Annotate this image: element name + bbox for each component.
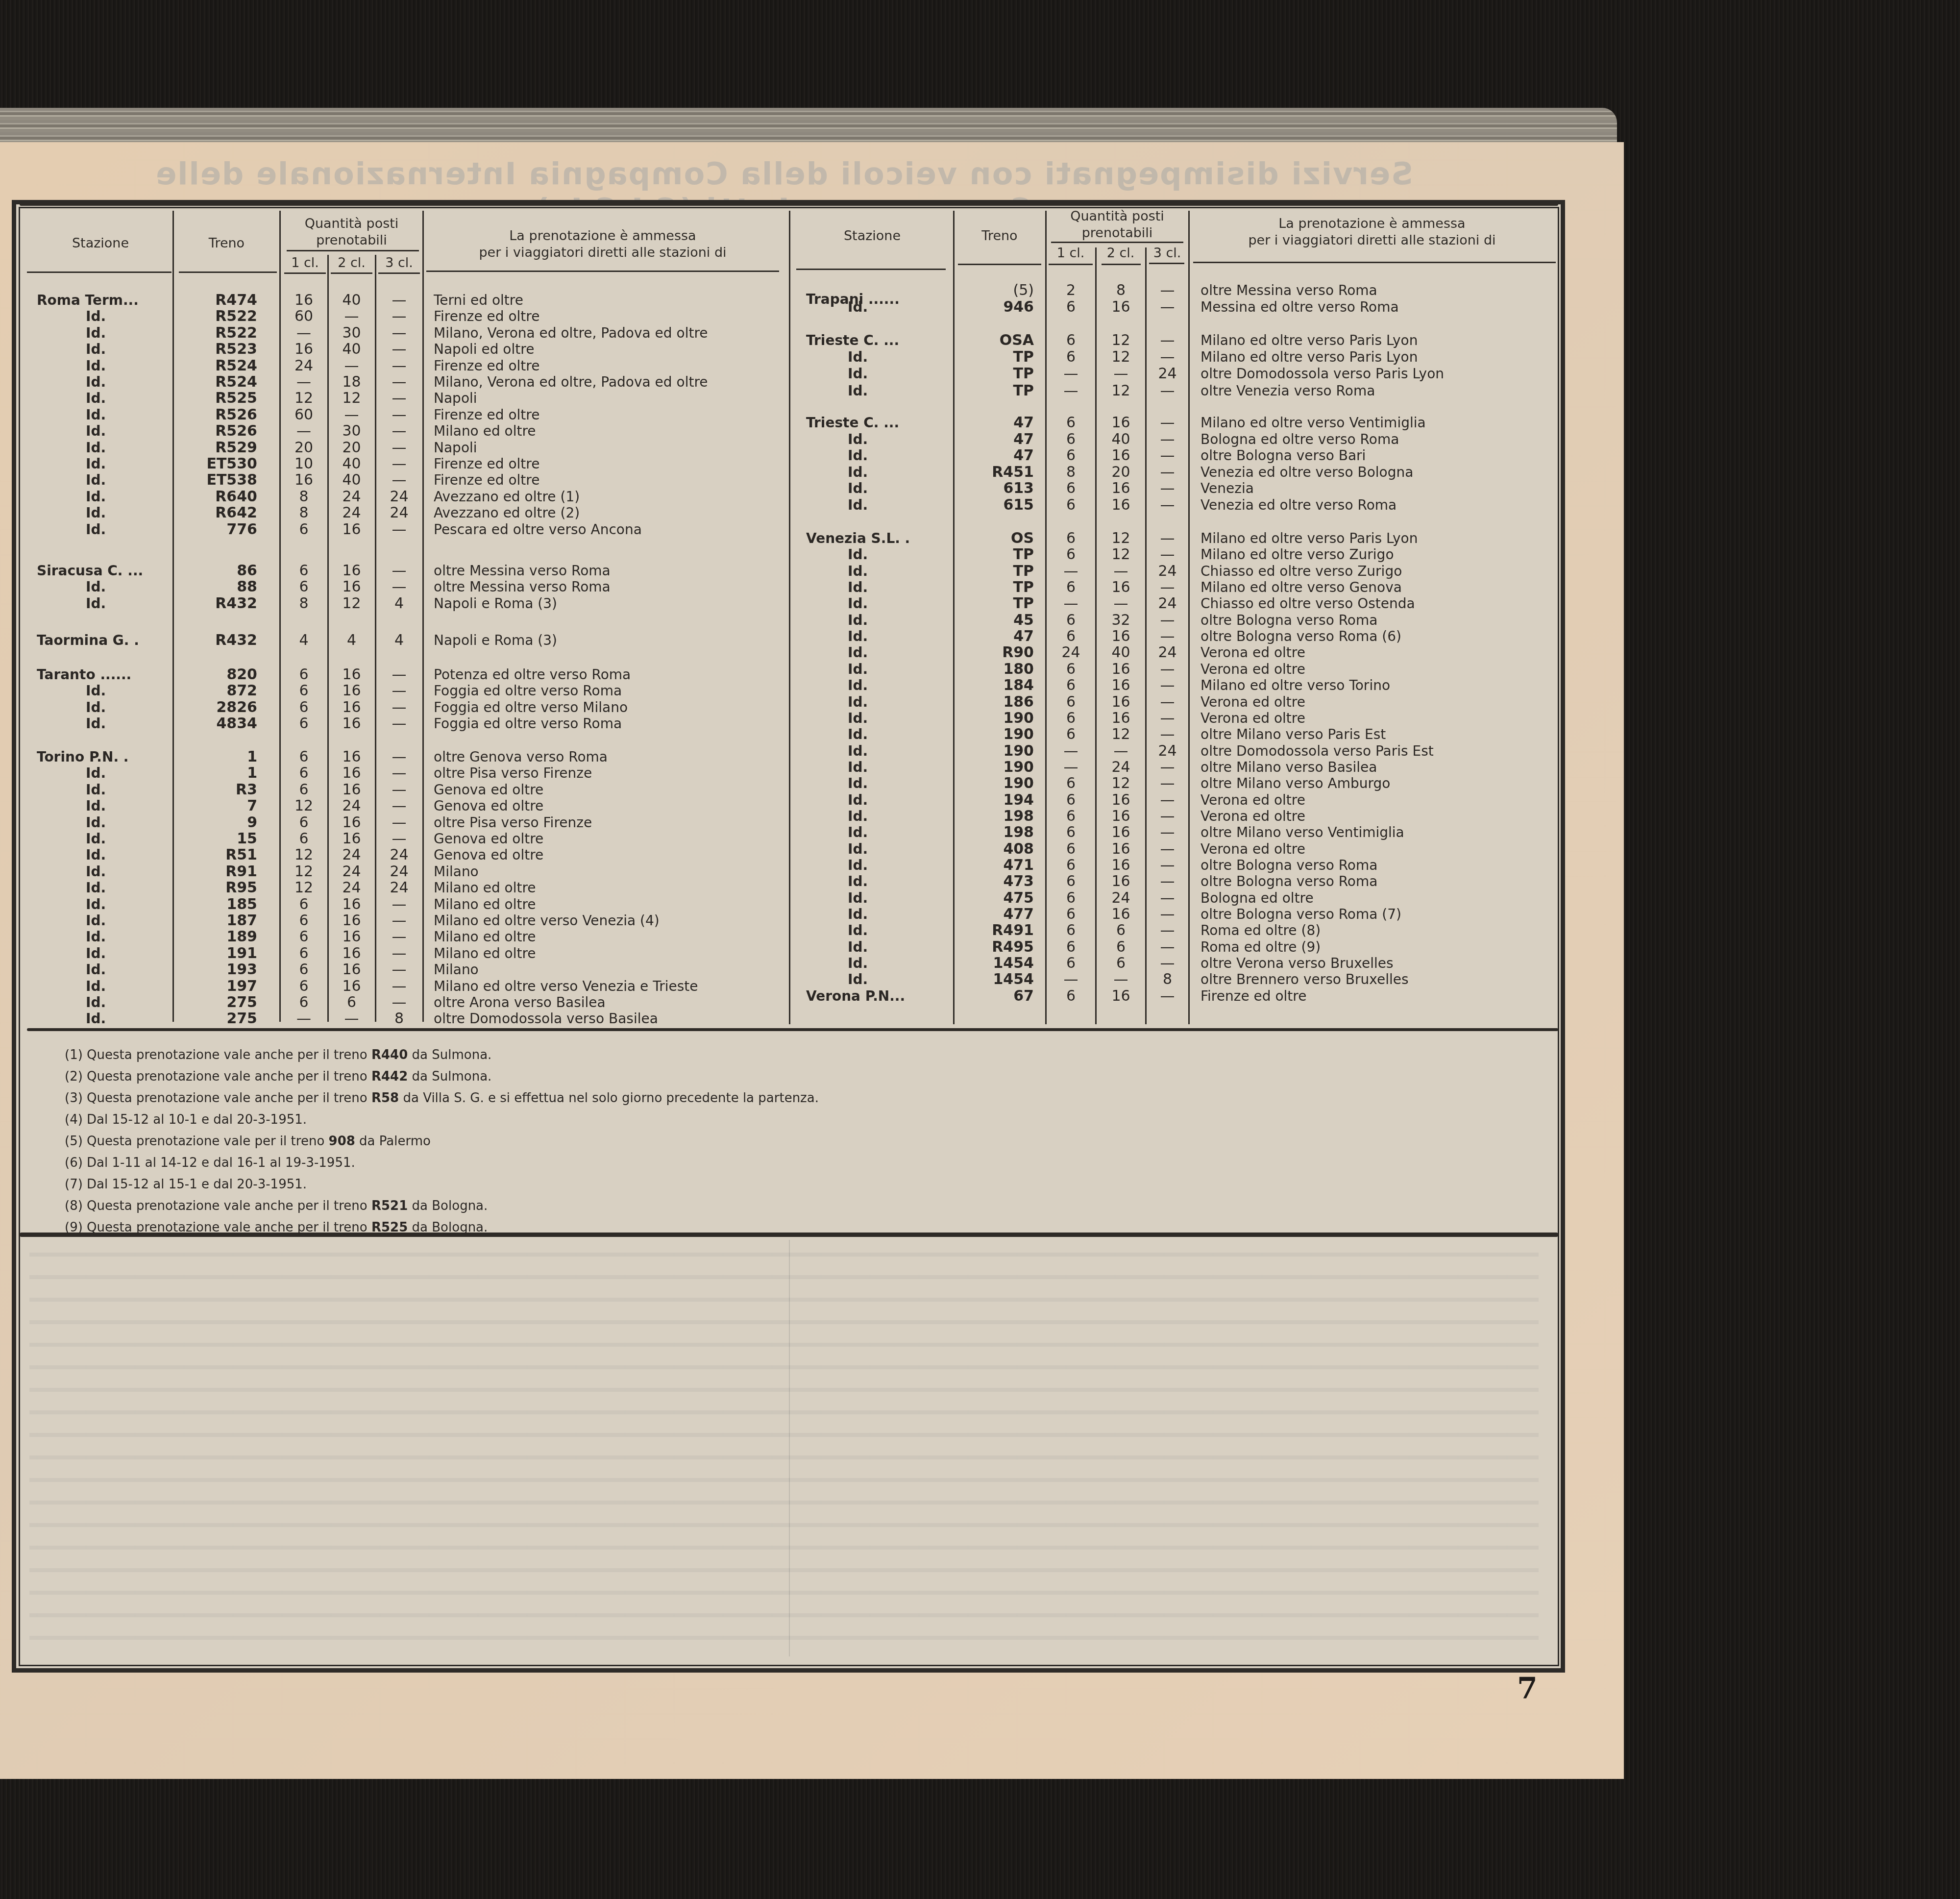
rule (1051, 242, 1183, 243)
table-row: Id.45632—oltre Bologna verso Roma (0, 612, 1568, 629)
destination-cell: oltre Domodossola verso Paris Lyon (1200, 366, 1444, 382)
treno-cell: OSA (960, 332, 1034, 349)
destination-cell: oltre Domodossola verso Paris Est (1200, 743, 1434, 760)
header-prenotazione-line1: La prenotazione è ammessa (1191, 216, 1553, 232)
treno-cell: R495 (960, 939, 1034, 956)
cl3-cell: — (1147, 530, 1188, 547)
table-row: Id.TP616—Milano ed oltre verso Genova (0, 579, 1568, 596)
bleed-through-lower-text (29, 1240, 1539, 1656)
cl2-cell: 16 (1097, 873, 1145, 890)
cl1-cell: 6 (1047, 955, 1095, 972)
table-row: Id.275——8oltre Domodossola verso Basilea (0, 1011, 784, 1027)
header-prenotazione: La prenotazione è ammessa per i viaggiat… (426, 228, 779, 261)
footnote-text-end: da Villa S. G. e si effettua nel solo gi… (399, 1091, 819, 1106)
rule (1102, 264, 1141, 265)
destination-cell: Verona ed oltre (1200, 792, 1305, 809)
cl1-cell: 6 (1047, 873, 1095, 890)
stazione-cell: Verona P.N... (806, 988, 948, 1005)
cl1-cell: — (1047, 759, 1095, 776)
bleed-through-divider (789, 1240, 790, 1656)
cl2-cell: 12 (1097, 530, 1145, 547)
treno-cell: 471 (960, 857, 1034, 874)
destination-cell: Verona ed oltre (1200, 644, 1305, 661)
treno-cell: 194 (960, 792, 1034, 809)
cl2-cell: — (1097, 971, 1145, 988)
footnote-text: (3) Questa prenotazione vale anche per i… (65, 1091, 371, 1106)
cl1-cell: 6 (1047, 332, 1095, 349)
footnote-text-end: da Bologna. (408, 1199, 488, 1213)
cl3-cell: — (1147, 464, 1188, 481)
cl2-cell: 16 (1097, 710, 1145, 727)
footnote-text: (9) Questa prenotazione vale anche per i… (65, 1220, 371, 1235)
cl2-cell: — (1097, 743, 1145, 760)
destination-cell: oltre Domodossola verso Basilea (434, 1011, 658, 1027)
destination-cell: oltre Bologna verso Roma (1200, 612, 1377, 629)
cl3-cell: — (1147, 873, 1188, 890)
destination-cell: Milano ed oltre verso Torino (1200, 677, 1390, 694)
footnote-train-number: R440 (371, 1048, 408, 1062)
cl1-cell: 6 (1047, 612, 1095, 629)
cl2-cell: 24 (1097, 890, 1145, 907)
treno-cell: 615 (960, 497, 1034, 514)
destination-cell: Bologna ed oltre verso Roma (1200, 431, 1399, 448)
cl1-cell: — (1047, 971, 1095, 988)
cl3-cell: — (1147, 955, 1188, 972)
cl1-cell: 6 (1047, 497, 1095, 514)
cl1-cell: 8 (1047, 464, 1095, 481)
cl3-cell: — (1147, 759, 1188, 776)
destination-cell: Milano ed oltre verso Ventimiglia (1200, 415, 1426, 431)
header-quantita-right: Quantità posti prenotabili (1046, 208, 1188, 242)
treno-cell: R491 (960, 922, 1034, 939)
footnote-text: (2) Questa prenotazione vale anche per i… (65, 1069, 371, 1084)
cl1-cell: 6 (1047, 857, 1095, 874)
cl2-cell: 16 (1097, 857, 1145, 874)
treno-cell: 1454 (960, 955, 1034, 972)
table-row: Id.47616—oltre Bologna verso Bari (0, 447, 1568, 464)
cl1-cell: 6 (1047, 775, 1095, 792)
table-row: Id.47616—oltre Bologna verso Roma (6) (0, 628, 1568, 645)
stazione-cell: Trieste C. ... (806, 415, 948, 431)
cl2-cell: — (328, 1011, 375, 1027)
footnote: (3) Questa prenotazione vale anche per i… (65, 1090, 819, 1107)
treno-cell: 190 (960, 759, 1034, 776)
cl2-cell: 12 (1097, 775, 1145, 792)
treno-cell: TP (960, 546, 1034, 563)
table-row: Id.190612—oltre Milano verso Paris Est (0, 726, 1568, 743)
table-row: Id.184616—Milano ed oltre verso Torino (0, 677, 1568, 694)
rule (958, 264, 1041, 265)
header-cl3: 3 cl. (376, 255, 422, 271)
destination-cell: Chiasso ed oltre verso Zurigo (1200, 563, 1402, 580)
cl2-cell: 16 (1097, 299, 1145, 316)
cl1-cell: 6 (1047, 694, 1095, 711)
destination-cell: Milano ed oltre verso Zurigo (1200, 546, 1394, 563)
cl3-cell: — (1147, 332, 1188, 349)
cl1-cell: 6 (1047, 349, 1095, 366)
cl3-cell: — (1147, 841, 1188, 858)
destination-cell: Roma ed oltre (8) (1200, 922, 1321, 939)
destination-cell: Milano ed oltre verso Paris Lyon (1200, 349, 1418, 366)
treno-cell: 180 (960, 661, 1034, 678)
footnote-train-number: R521 (371, 1199, 408, 1213)
destination-cell: oltre Verona verso Bruxelles (1200, 955, 1394, 972)
cl2-cell: 12 (1097, 383, 1145, 399)
cl3-cell: — (1147, 612, 1188, 629)
cl2-cell: 12 (1097, 349, 1145, 366)
treno-cell: 47 (960, 447, 1034, 464)
table-row: Id.190616—Verona ed oltre (0, 710, 1568, 727)
cl2-cell: 16 (1097, 824, 1145, 841)
cl2-cell: 16 (1097, 792, 1145, 809)
header-cl3-right: 3 cl. (1146, 245, 1188, 262)
table-row: Id.145466—oltre Verona verso Bruxelles (0, 955, 1568, 972)
table-row: Id.R451820—Venezia ed oltre verso Bologn… (0, 464, 1568, 481)
destination-cell: Roma ed oltre (9) (1200, 939, 1321, 956)
cl3-cell: — (1147, 824, 1188, 841)
treno-cell: TP (960, 579, 1034, 596)
cl3-cell: — (1147, 988, 1188, 1005)
cl3-cell: 24 (1147, 743, 1188, 760)
destination-cell: Milano ed oltre verso Paris Lyon (1200, 530, 1418, 547)
treno-cell: 1454 (960, 971, 1034, 988)
cl1-cell: 6 (1047, 824, 1095, 841)
table-row: Id.613616—Venezia (0, 480, 1568, 497)
footnote-text-end: da Palermo (355, 1134, 431, 1149)
rule (378, 272, 420, 274)
header-cl1-right: 1 cl. (1046, 245, 1095, 262)
cl3-cell: — (1147, 710, 1188, 727)
cl2-cell: 24 (1097, 759, 1145, 776)
cl1-cell: 6 (1047, 906, 1095, 923)
table-row: Id.R90244024Verona ed oltre (0, 644, 1568, 661)
header-cl2: 2 cl. (328, 255, 375, 271)
treno-cell: TP (960, 595, 1034, 612)
table-row: Id.TP612—Milano ed oltre verso Zurigo (0, 546, 1568, 563)
cl1-cell: — (1047, 563, 1095, 580)
cl1-cell: 6 (1047, 841, 1095, 858)
treno-cell: 47 (960, 431, 1034, 448)
cl1-cell: 6 (1047, 939, 1095, 956)
treno-cell: TP (960, 366, 1034, 382)
destination-cell: Chiasso ed oltre verso Ostenda (1200, 595, 1415, 612)
rule (331, 272, 372, 274)
cl1-cell: 6 (1047, 726, 1095, 743)
rule (1193, 262, 1556, 263)
rule (179, 271, 277, 273)
header-prenotazione-line1: La prenotazione è ammessa (426, 228, 779, 245)
cl3-cell: 8 (376, 1011, 422, 1027)
cl2-cell: — (1097, 366, 1145, 382)
top-rule (20, 203, 1558, 206)
destination-cell: Messina ed oltre verso Roma (1200, 299, 1399, 316)
cl2-cell: 16 (1097, 841, 1145, 858)
header-quantita-line2: prenotabili (1046, 225, 1188, 242)
cl2-cell: 20 (1097, 464, 1145, 481)
table-row: Id.198616—oltre Milano verso Ventimiglia (0, 824, 1568, 841)
cl3-cell: — (1147, 480, 1188, 497)
cl3-cell: — (1147, 349, 1188, 366)
cl2-cell: 6 (1097, 922, 1145, 939)
cl1-cell: 6 (1047, 299, 1095, 316)
cl2-cell: 16 (1097, 661, 1145, 678)
page-number: 7 (1517, 1671, 1538, 1705)
treno-cell: R451 (960, 464, 1034, 481)
cl1-cell: 6 (1047, 808, 1095, 825)
treno-cell: 475 (960, 890, 1034, 907)
table-row: Id.180616—Verona ed oltre (0, 661, 1568, 678)
header-prenotazione-line2: per i viaggiatori diretti alle stazioni … (1191, 232, 1553, 249)
stazione-cell: Venezia S.L. . (806, 530, 948, 547)
cl2-cell: 12 (1097, 546, 1145, 563)
cl2-cell: 6 (1097, 939, 1145, 956)
table-row: Trieste C. ...47616—Milano ed oltre vers… (0, 415, 1568, 431)
table-row: Id.946616—Messina ed oltre verso Roma (0, 299, 1568, 316)
destination-cell: Verona ed oltre (1200, 841, 1305, 858)
footnote: (2) Questa prenotazione vale anche per i… (65, 1068, 491, 1085)
header-quantita-line1: Quantità posti (282, 216, 421, 232)
cl2-cell: 12 (1097, 332, 1145, 349)
table-row: Id.471616—oltre Bologna verso Roma (0, 857, 1568, 874)
cl3-cell: — (1147, 546, 1188, 563)
cl1-cell: 6 (1047, 890, 1095, 907)
header-treno: Treno (176, 235, 277, 252)
header-treno-right: Treno (955, 228, 1044, 245)
table-row: Id.R49566—Roma ed oltre (9) (0, 939, 1568, 956)
destination-cell: Milano ed oltre verso Paris Lyon (1200, 332, 1418, 349)
cl3-cell: — (1147, 792, 1188, 809)
rule (1049, 264, 1093, 265)
cl1-cell: 6 (1047, 447, 1095, 464)
footnote: (4) Dal 15-12 al 10-1 e dal 20-3-1951. (65, 1111, 307, 1128)
treno-cell: 198 (960, 824, 1034, 841)
table-row: Id.47640—Bologna ed oltre verso Roma (0, 431, 1568, 448)
destination-cell: Milano ed oltre verso Genova (1200, 579, 1402, 596)
cl3-cell: — (1147, 661, 1188, 678)
table-row: Id.TP—12—oltre Venezia verso Roma (0, 383, 1568, 399)
table-row: Venezia S.L. .OS612—Milano ed oltre vers… (0, 530, 1568, 547)
cl2-cell: 12 (1097, 726, 1145, 743)
cl3-cell: — (1147, 431, 1188, 448)
cl3-cell: 8 (1147, 971, 1188, 988)
header-cl2-right: 2 cl. (1096, 245, 1145, 262)
cl3-cell: 24 (1147, 644, 1188, 661)
cl2-cell: — (1097, 595, 1145, 612)
rule (796, 269, 946, 270)
cl1-cell: 6 (1047, 988, 1095, 1005)
treno-cell: 190 (960, 710, 1034, 727)
table-row: Id.190—24—oltre Milano verso Basilea (0, 759, 1568, 776)
treno-cell: 184 (960, 677, 1034, 694)
treno-cell: 613 (960, 480, 1034, 497)
footnote: (9) Questa prenotazione vale anche per i… (65, 1219, 488, 1236)
cl3-cell: 24 (1147, 563, 1188, 580)
treno-cell: 47 (960, 628, 1034, 645)
footnote-text: (8) Questa prenotazione vale anche per i… (65, 1199, 371, 1213)
cl3-cell: — (1147, 415, 1188, 431)
table-row: Id.186616—Verona ed oltre (0, 694, 1568, 711)
cl1-cell: 6 (1047, 628, 1095, 645)
cl3-cell: — (1147, 497, 1188, 514)
cl3-cell: — (1147, 726, 1188, 743)
cl1-cell: 6 (1047, 480, 1095, 497)
cl1-cell: 6 (1047, 415, 1095, 431)
destination-cell: oltre Milano verso Paris Est (1200, 726, 1386, 743)
cl3-cell: — (1147, 890, 1188, 907)
treno-cell: 190 (960, 726, 1034, 743)
treno-cell: TP (960, 383, 1034, 399)
table-row: Id.R49166—Roma ed oltre (8) (0, 922, 1568, 939)
cl2-cell: 16 (1097, 628, 1145, 645)
destination-cell: Firenze ed oltre (1200, 988, 1306, 1005)
cl2-cell: 16 (1097, 677, 1145, 694)
cl1-cell: 6 (1047, 922, 1095, 939)
header-cl1: 1 cl. (282, 255, 328, 271)
cl2-cell: 6 (1097, 955, 1145, 972)
table-row: Id.TP——24oltre Domodossola verso Paris L… (0, 366, 1568, 382)
cl3-cell: — (1147, 447, 1188, 464)
footnote: (6) Dal 1-11 al 14-12 e dal 16-1 al 19-3… (65, 1155, 355, 1171)
treno-cell: 946 (960, 299, 1034, 316)
treno-cell: 67 (960, 988, 1034, 1005)
cl1-cell: 24 (1047, 644, 1095, 661)
table-row: Id.TP——24Chiasso ed oltre verso Zurigo (0, 563, 1568, 580)
destination-cell: Venezia ed oltre verso Bologna (1200, 464, 1413, 481)
footnote-text-end: da Sulmona. (408, 1069, 491, 1084)
cl3-cell: — (1147, 677, 1188, 694)
destination-cell: Verona ed oltre (1200, 694, 1305, 711)
treno-cell: 408 (960, 841, 1034, 858)
table-row: Trieste C. ...OSA612—Milano ed oltre ver… (0, 332, 1568, 349)
treno-cell: 198 (960, 808, 1034, 825)
rule (284, 272, 326, 274)
destination-cell: Venezia (1200, 480, 1254, 497)
table-row: Id.TP612—Milano ed oltre verso Paris Lyo… (0, 349, 1568, 366)
treno-cell: 190 (960, 775, 1034, 792)
cl1-cell: — (1047, 383, 1095, 399)
rule (1149, 263, 1184, 264)
cl2-cell: 16 (1097, 497, 1145, 514)
stazione-cell: Trieste C. ... (806, 332, 948, 349)
cl3-cell: 24 (1147, 595, 1188, 612)
destination-cell: oltre Bologna verso Roma (7) (1200, 906, 1401, 923)
treno-cell: TP (960, 349, 1034, 366)
table-row: Id.190612—oltre Milano verso Amburgo (0, 775, 1568, 792)
cl3-cell: — (1147, 579, 1188, 596)
cl3-cell: — (1147, 775, 1188, 792)
destination-cell: Verona ed oltre (1200, 710, 1305, 727)
header-quantita-line2: prenotabili (282, 232, 421, 249)
table-bottom-rule (27, 1028, 1558, 1031)
footnote-text: (5) Questa prenotazione vale per il tren… (65, 1134, 329, 1149)
cl3-cell: — (1147, 857, 1188, 874)
treno-cell: 477 (960, 906, 1034, 923)
destination-cell: oltre Brennero verso Bruxelles (1200, 971, 1409, 988)
cl2-cell: 16 (1097, 415, 1145, 431)
treno-cell: 47 (960, 415, 1034, 431)
footnote-text-end: da Sulmona. (408, 1048, 491, 1062)
cl1-cell: 6 (1047, 661, 1095, 678)
cl1-cell: 6 (1047, 579, 1095, 596)
cl1-cell: 6 (1047, 431, 1095, 448)
treno-cell: TP (960, 563, 1034, 580)
destination-cell: oltre Bologna verso Bari (1200, 447, 1366, 464)
table-row: Id.198616—Verona ed oltre (0, 808, 1568, 825)
cl2-cell: 16 (1097, 447, 1145, 464)
cl3-cell: — (1147, 922, 1188, 939)
table-row: Id.TP——24Chiasso ed oltre verso Ostenda (0, 595, 1568, 612)
cl3-cell: — (1147, 808, 1188, 825)
cl1-cell: — (1047, 595, 1095, 612)
destination-cell: Verona ed oltre (1200, 661, 1305, 678)
footnote-text-end: da Bologna. (408, 1220, 488, 1235)
treno-cell: 473 (960, 873, 1034, 890)
cl1-cell: 6 (1047, 792, 1095, 809)
cl3-cell: — (1147, 299, 1188, 316)
cl3-cell: — (1147, 694, 1188, 711)
table-row: Id.190——24oltre Domodossola verso Paris … (0, 743, 1568, 760)
footnote-train-number: R58 (371, 1091, 399, 1106)
cl2-cell: 16 (1097, 480, 1145, 497)
header-prenotazione-right: La prenotazione è ammessa per i viaggiat… (1191, 216, 1553, 249)
cl3-cell: — (1147, 628, 1188, 645)
cl1-cell: 6 (1047, 677, 1095, 694)
rule (27, 271, 171, 273)
destination-cell: oltre Bologna verso Roma (1200, 873, 1377, 890)
header-stazione-right: Stazione (794, 228, 951, 245)
cl3-cell: — (1147, 383, 1188, 399)
footnote-train-number: R442 (371, 1069, 408, 1084)
header-stazione: Stazione (29, 235, 171, 252)
cl3-cell: — (1147, 906, 1188, 923)
cl2-cell: 40 (1097, 431, 1145, 448)
table-row: Id.477616—oltre Bologna verso Roma (7) (0, 906, 1568, 923)
cl2-cell: 16 (1097, 808, 1145, 825)
page-edges-stack (0, 108, 1617, 143)
cl2-cell: 16 (1097, 906, 1145, 923)
rule (287, 250, 419, 251)
destination-cell: oltre Milano verso Amburgo (1200, 775, 1390, 792)
treno-cell: 186 (960, 694, 1034, 711)
destination-cell: oltre Bologna verso Roma (6) (1200, 628, 1401, 645)
cl1-cell: — (280, 1011, 327, 1027)
destination-cell: Venezia ed oltre verso Roma (1200, 497, 1396, 514)
table-row: Id.615616—Venezia ed oltre verso Roma (0, 497, 1568, 514)
treno-cell: OS (960, 530, 1034, 547)
footnote: (5) Questa prenotazione vale per il tren… (65, 1133, 431, 1150)
cl2-cell: 16 (1097, 579, 1145, 596)
cl1-cell: — (1047, 366, 1095, 382)
footnote-train-number: 908 (329, 1134, 355, 1149)
table-row: Id.408616—Verona ed oltre (0, 841, 1568, 858)
treno-cell: 190 (960, 743, 1034, 760)
footnote-train-number: R525 (371, 1220, 408, 1235)
cl2-cell: 16 (1097, 988, 1145, 1005)
header-quantita-line1: Quantità posti (1046, 208, 1188, 225)
footnote: (8) Questa prenotazione vale anche per i… (65, 1198, 488, 1214)
cl1-cell: — (1047, 743, 1095, 760)
rule (426, 271, 779, 272)
header-quantita: Quantità posti prenotabili (282, 216, 421, 249)
treno-cell: 45 (960, 612, 1034, 629)
table-row: Verona P.N...67616—Firenze ed oltre (0, 988, 1568, 1005)
table-row: Id.475624—Bologna ed oltre (0, 890, 1568, 907)
header-prenotazione-line2: per i viaggiatori diretti alle stazioni … (426, 245, 779, 261)
cl3-cell: 24 (1147, 366, 1188, 382)
footnote: (7) Dal 15-12 al 15-1 e dal 20-3-1951. (65, 1176, 307, 1193)
destination-cell: Bologna ed oltre (1200, 890, 1314, 907)
cl2-cell: — (1097, 563, 1145, 580)
